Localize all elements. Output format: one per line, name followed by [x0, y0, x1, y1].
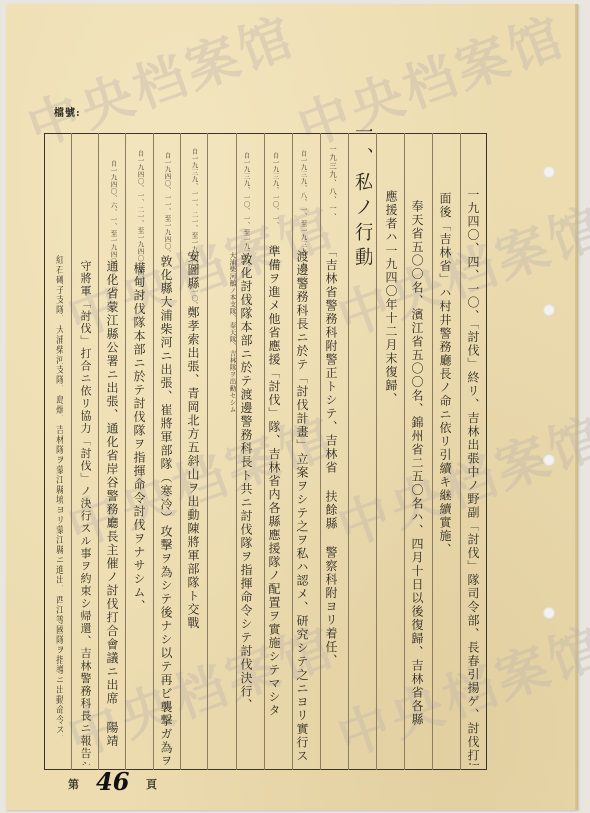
binder-hole — [543, 166, 555, 178]
annotation-note: 大浦柴河鵝ノ本支隊、奉天隊、吉林隊ヲ出動セシム — [229, 252, 236, 413]
column-rule — [236, 133, 237, 770]
binder-hole — [543, 304, 555, 316]
text-column: 敦化縣大浦柴河ニ出張、崔將軍部隊（寒冷）攻撃ヲ為シテ後ナシ以テ再ビ襲撃ガ為ヲ下ス… — [160, 255, 172, 765]
column-rule — [432, 133, 433, 770]
column-rule — [125, 133, 126, 770]
binder-hole — [543, 607, 555, 619]
page-label-prefix: 第 — [68, 776, 79, 792]
date-range: 自一九三九、一〇、一、 — [272, 152, 279, 229]
column-rule — [460, 133, 461, 770]
text-column: 渡邊警務科長ニ於テ「討伐計畫」立案ヲシテ之ヲ私ハ認メ、研究シテ之ニヨリ實行スル諸 — [296, 250, 308, 765]
text-column: 紅石磚子支隊、大浦柴河支隊、島烟、吉林隊ヲ蒙江縣境ヨリ蒙江縣ニ進出、西江等國隊ヲ… — [54, 255, 63, 745]
column-rule — [292, 133, 293, 770]
section-heading: 一、私ノ行動 — [353, 122, 372, 272]
column-rule — [264, 133, 265, 770]
column-rule — [71, 133, 72, 770]
text-column: 應援者ハ一九四〇年十二月末復歸、 — [385, 190, 397, 406]
page-number: 46 — [96, 767, 129, 796]
paper-edge — [575, 4, 578, 810]
text-column: 守將軍「討伐」打合ニ依リ協力「討伐」ノ決行スル事ヲ約束シ帰還、吉林警務科長ニ報告… — [80, 260, 91, 765]
column-rule — [207, 133, 208, 770]
file-number-label: 檔號: — [54, 104, 81, 119]
date-range: 一九三九、八、一、 — [329, 145, 337, 222]
text-column: 安圖縣 鄭孝索出張、青岡北方五斜山ヲ出動陳將軍部隊ト交戰 — [187, 250, 199, 630]
text-column: 「吉林省警務科附警正トシテ、吉林省 扶餘縣 警察科附ヨリ着任、 — [325, 245, 337, 668]
text-column: 奉天省五〇〇名、濱江省五〇〇名、錦州省二五〇名ハ、四月十日以後復歸、吉林省各縣 — [411, 200, 423, 727]
text-column: 通化省蒙江縣公署ニ出張、通化省岸谷警務廳長主催ノ討伐打合會議ニ出席 陽靖 — [106, 260, 118, 748]
text-column: 樺甸討伐隊本部ニ於テ討伐隊ヲ指揮命令討伐ヲナサシム、 — [133, 262, 145, 613]
binder-hole — [543, 454, 555, 466]
text-column: 準備ヲ進メ他省應援「討伐」隊、吉林省内各縣應援隊ノ配置ヲ實施シテマシタ — [268, 245, 280, 718]
text-column: 一九四〇、四、一〇、「討伐」終リ、吉林出張中ノ野副「討伐」隊司令部、長春引揚ゲ、… — [467, 188, 479, 765]
column-rule — [153, 133, 154, 770]
column-rule — [348, 133, 349, 770]
column-rule — [98, 133, 99, 770]
page-label-suffix: 頁 — [146, 776, 157, 792]
text-column: 敦化討伐隊本部ニ於テ渡邊警務科長ト共ニ討伐隊ヲ指揮命令シテ討伐決行、 — [240, 253, 252, 712]
text-column: 面後「吉林省」ハ村井警務廳長ノ命ニ依リ引續キ継續實施、 — [439, 192, 451, 557]
column-rule — [320, 133, 321, 770]
column-rule — [180, 133, 181, 770]
column-rule — [404, 133, 405, 770]
column-rule — [376, 133, 377, 770]
